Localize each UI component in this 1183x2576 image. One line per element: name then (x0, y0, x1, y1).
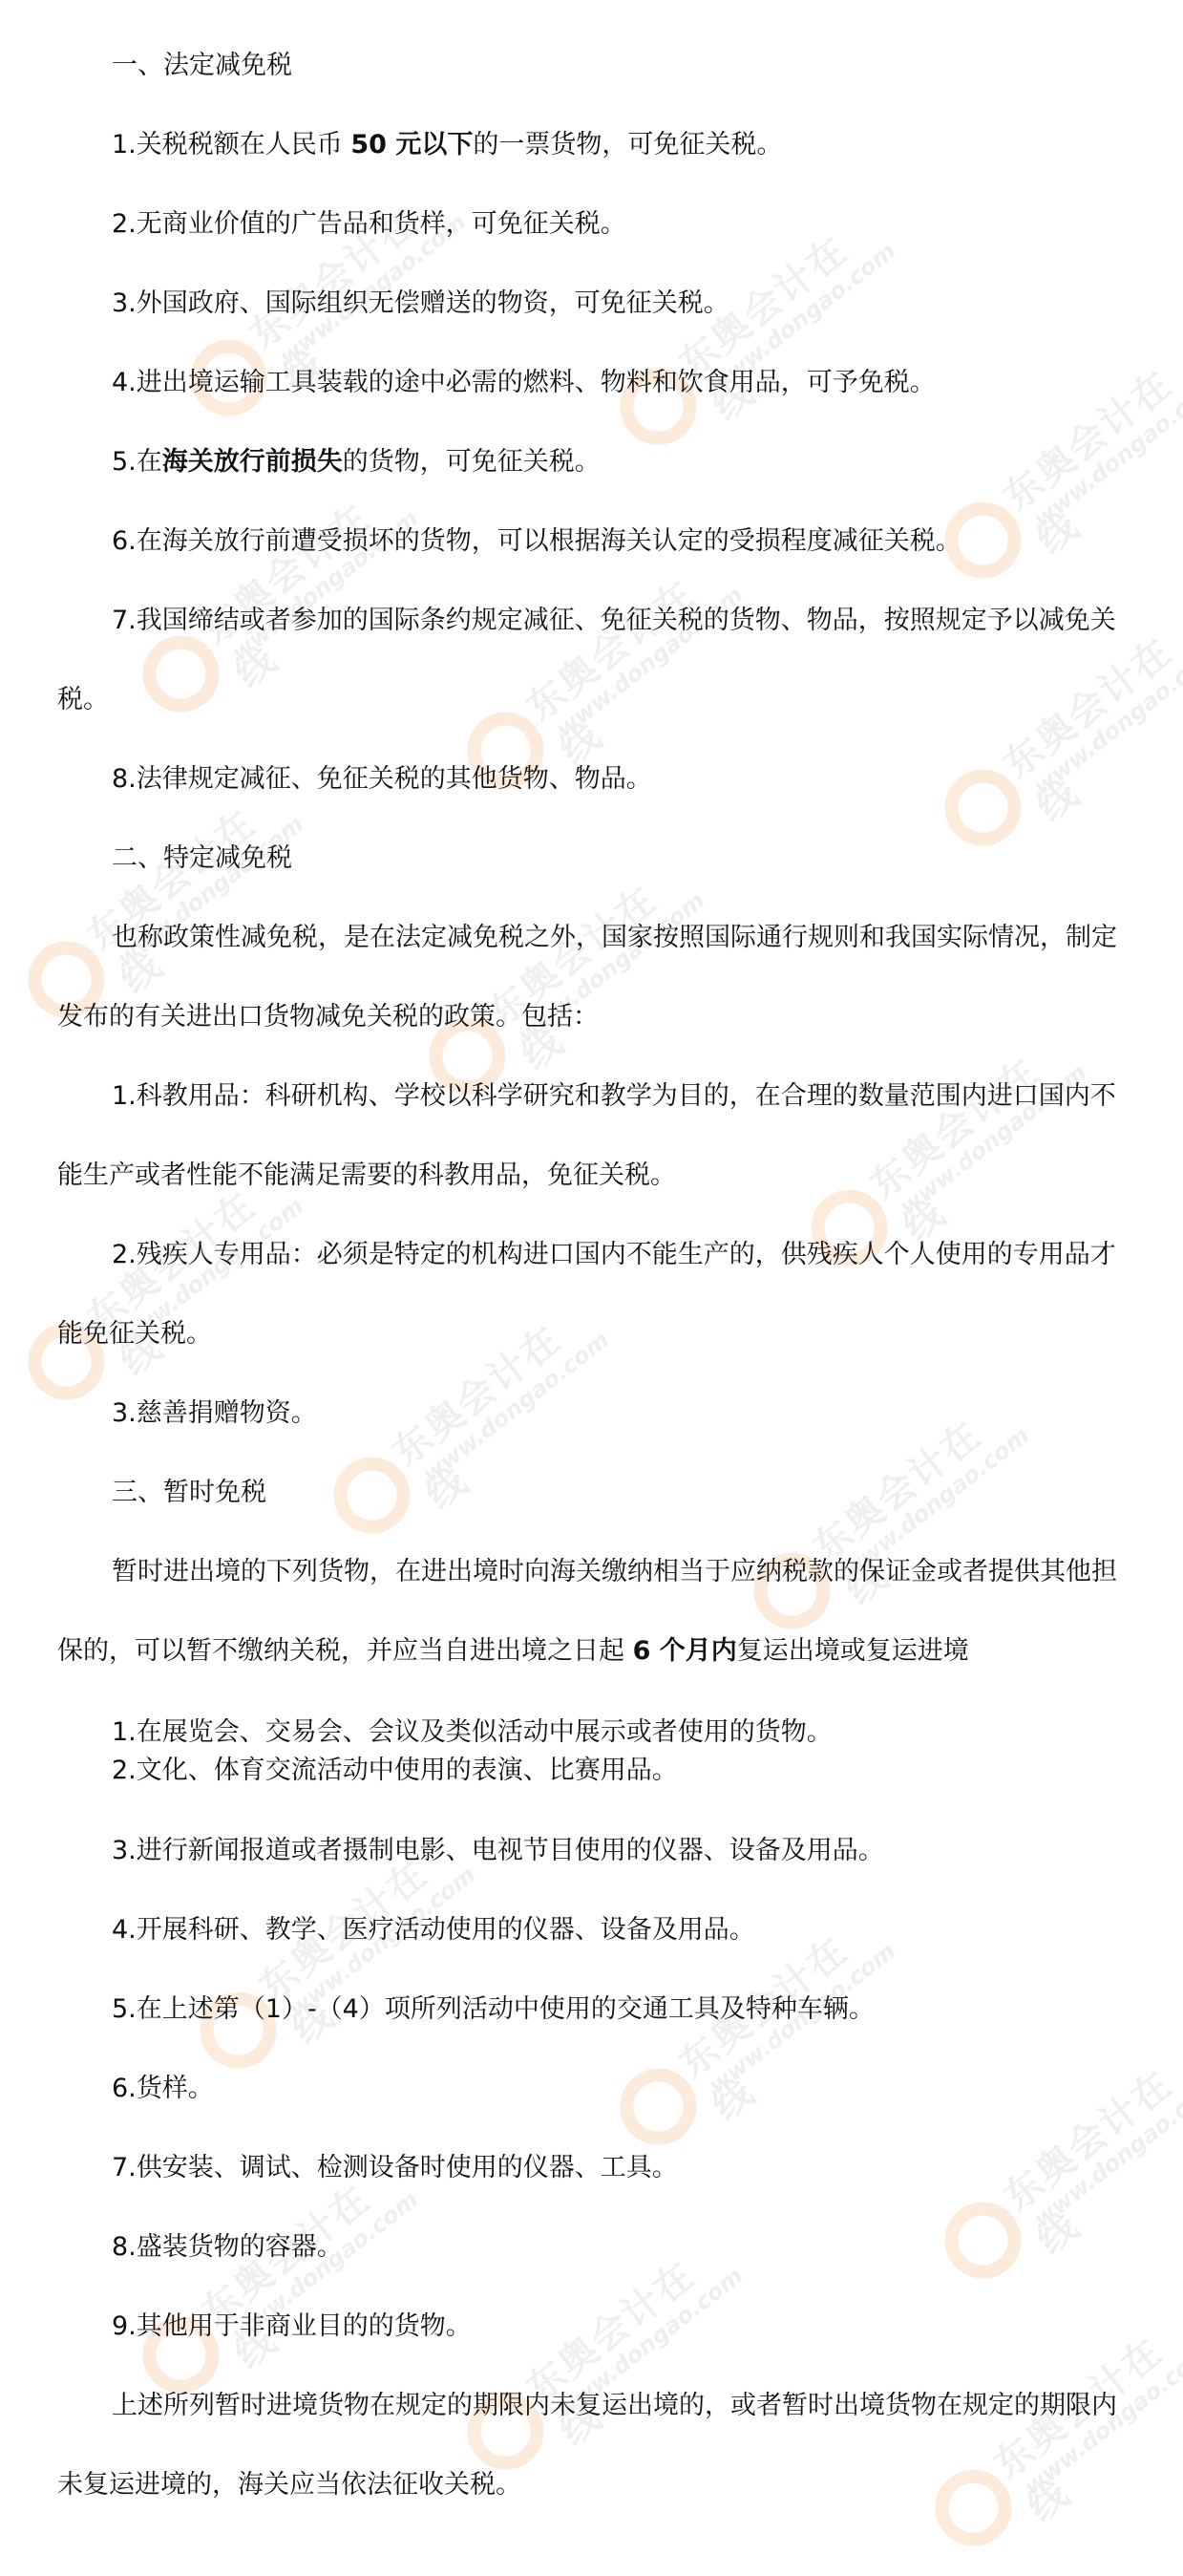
list-item: 6.在海关放行前遭受损坏的货物，可以根据海关认定的受损程度减征关税。 (57, 501, 1117, 581)
list-item: 2.无商业价值的广告品和货样，可免征关税。 (57, 184, 1117, 264)
list-item: 5.在海关放行前损失的货物，可免征关税。 (57, 422, 1117, 501)
list-item: 1.在展览会、交易会、会议及类似活动中展示或者使用的货物。 (57, 1714, 1117, 1752)
list-item: 1.关税税额在人民币 50 元以下的一票货物，可免征关税。 (57, 105, 1117, 184)
list-item: 1.科教用品：科研机构、学校以科学研究和教学为目的，在合理的数量范围内进口国内不… (57, 1056, 1117, 1215)
list-item: 5.在上述第（1）-（4）项所列活动中使用的交通工具及特种车辆。 (57, 1969, 1117, 2049)
list-item: 3.进行新闻报道或者摄制电影、电视节目使用的仪器、设备及用品。 (57, 1811, 1117, 1890)
list-item: 2.文化、体育交流活动中使用的表演、比赛用品。 (57, 1752, 1117, 1790)
section-heading: 一、法定减免税 (57, 26, 1117, 105)
item-text: 5.在 (112, 447, 162, 477)
list-item: 7.我国缔结或者参加的国际条约规定减征、免征关税的货物、物品，按照规定予以减免关… (57, 581, 1117, 739)
list-item: 6.货样。 (57, 2049, 1117, 2128)
paragraph: 暂时进出境的下列货物，在进出境时向海关缴纳相当于应纳税款的保证金或者提供其他担保… (57, 1532, 1117, 1691)
list-item: 8.法律规定减征、免征关税的其他货物、物品。 (57, 739, 1117, 819)
list-item: 9.其他用于非商业目的的货物。 (57, 2287, 1117, 2366)
section-heading: 三、暂时免税 (57, 1453, 1117, 1532)
list-item: 4.开展科研、教学、医疗活动使用的仪器、设备及用品。 (57, 1890, 1117, 1969)
paragraph-text: 复运出境或复运进境 (737, 1636, 969, 1666)
item-text: 1.关税税额在人民币 (112, 130, 350, 160)
list-item: 8.盛装货物的容器。 (57, 2207, 1117, 2287)
item-emphasis: 海关放行前损失 (162, 447, 343, 477)
paragraph-emphasis: 6 个月内 (633, 1636, 737, 1666)
list-item: 3.外国政府、国际组织无偿赠送的物资，可免征关税。 (57, 264, 1117, 343)
list-item: 2.残疾人专用品：必须是特定的机构进口国内不能生产的，供残疾人个人使用的专用品才… (57, 1215, 1117, 1373)
list-item: 3.慈善捐赠物资。 (57, 1373, 1117, 1453)
list-item: 7.供安装、调试、检测设备时使用的仪器、工具。 (57, 2128, 1117, 2207)
list-item: 4.进出境运输工具装载的途中必需的燃料、物料和饮食用品，可予免税。 (57, 343, 1117, 422)
item-emphasis: 50 元以下 (350, 130, 473, 160)
closing-paragraph: 上述所列暂时进境货物在规定的期限内未复运出境的，或者暂时出境货物在规定的期限内未… (57, 2366, 1117, 2524)
section-heading: 二、特定减免税 (57, 819, 1117, 898)
paragraph: 也称政策性减免税，是在法定减免税之外，国家按照国际通行规则和我国实际情况，制定发… (57, 898, 1117, 1056)
item-text: 的一票货物，可免征关税。 (473, 130, 782, 160)
item-text: 的货物，可免征关税。 (343, 447, 601, 477)
